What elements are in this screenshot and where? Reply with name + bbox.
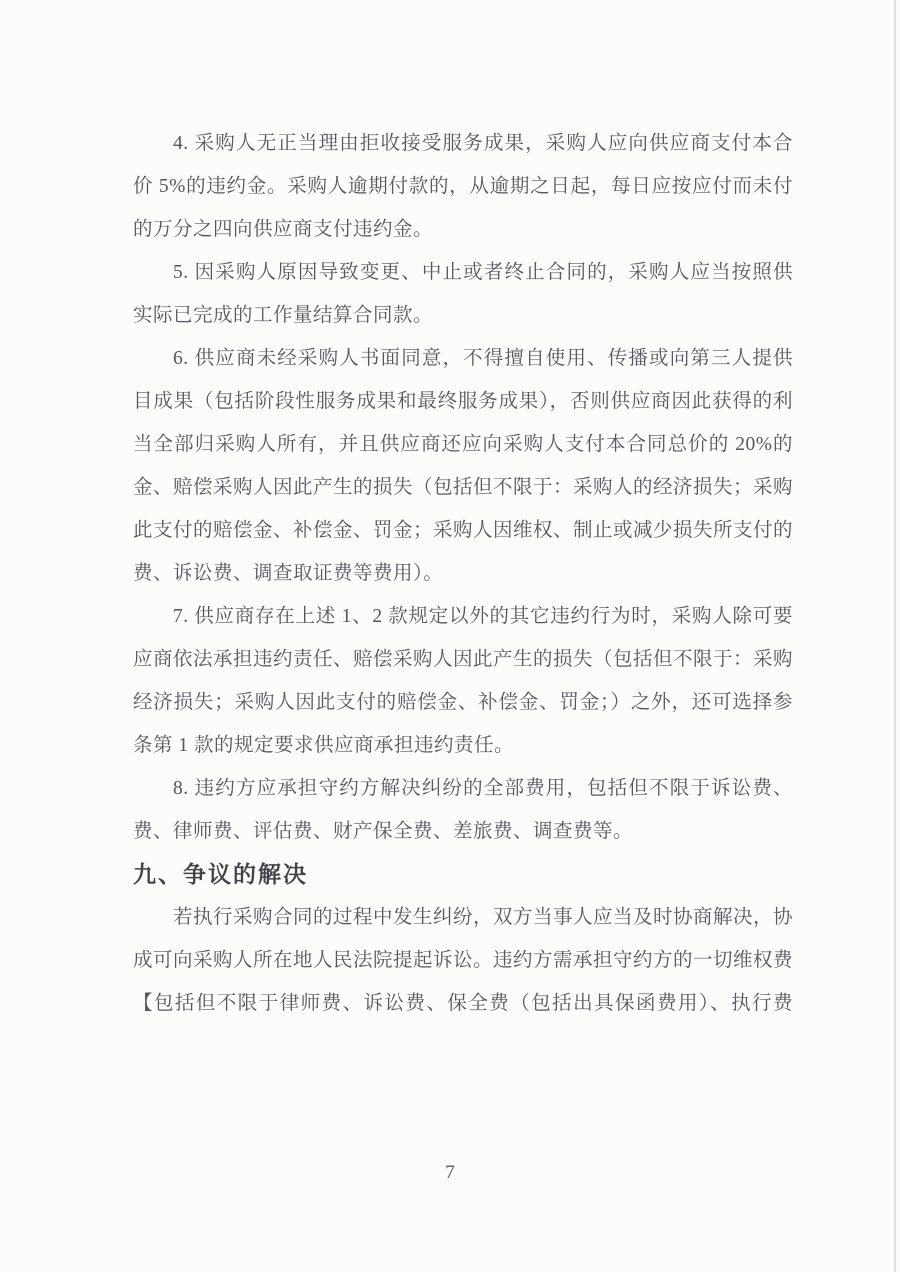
- text-line: 金、赔偿采购人因此产生的损失（包括但不限于：采购人的经济损失；采购人因: [133, 466, 793, 509]
- clause-6: 6. 供应商未经采购人书面同意，不得擅自使用、传播或向第三人提供本项目成果（包括…: [133, 337, 793, 595]
- clause-8: 8. 违约方应承担守约方解决纠纷的全部费用，包括但不限于诉讼费、仲裁费、律师费、…: [133, 767, 793, 853]
- text-line: 经济损失；采购人因此支付的赔偿金、补偿金、罚金；）之外，还可选择参照本: [133, 681, 793, 724]
- text-line: 实际已完成的工作量结算合同款。: [133, 294, 793, 337]
- scanned-contract-page: 4. 采购人无正当理由拒收接受服务成果，采购人应向供应商支付本合同总价 5%的违…: [0, 0, 900, 1272]
- text-line: 条第 1 款的规定要求供应商承担违约责任。: [133, 724, 793, 767]
- text-line: 5. 因采购人原因导致变更、中止或者终止合同的，采购人应当按照供应商: [133, 251, 793, 294]
- text-line: 价 5%的违约金。采购人逾期付款的，从逾期之日起，每日应按应付而未付款项: [133, 165, 793, 208]
- dispute-resolution-paragraph: 若执行采购合同的过程中发生纠纷，双方当事人应当及时协商解决，协商不成可向采购人所…: [133, 896, 793, 1025]
- text-line: 若执行采购合同的过程中发生纠纷，双方当事人应当及时协商解决，协商不: [133, 896, 793, 939]
- text-line: 目成果（包括阶段性服务成果和最终服务成果），否则供应商因此获得的利益应: [133, 380, 793, 423]
- text-line: 费、诉讼费、调查取证费等费用）。: [133, 552, 793, 595]
- text-line: 4. 采购人无正当理由拒收接受服务成果，采购人应向供应商支付本合同总: [133, 122, 793, 165]
- text-line: 7. 供应商存在上述 1、2 款规定以外的其它违约行为时，采购人除可要求供: [133, 595, 793, 638]
- text-line: 【包括但不限于律师费、诉讼费、保全费（包括出具保函费用）、执行费等】。: [133, 982, 793, 1025]
- section-9-heading: 九、争议的解决: [133, 853, 793, 896]
- text-line: 当全部归采购人所有，并且供应商还应向采购人支付本合同总价的 20%的违约: [133, 423, 793, 466]
- clause-4: 4. 采购人无正当理由拒收接受服务成果，采购人应向供应商支付本合同总价 5%的违…: [133, 122, 793, 251]
- clause-5: 5. 因采购人原因导致变更、中止或者终止合同的，采购人应当按照供应商实际已完成的…: [133, 251, 793, 337]
- clause-7: 7. 供应商存在上述 1、2 款规定以外的其它违约行为时，采购人除可要求供应商依…: [133, 595, 793, 767]
- contract-text-body: 4. 采购人无正当理由拒收接受服务成果，采购人应向供应商支付本合同总价 5%的违…: [133, 122, 793, 1025]
- text-line: 费、律师费、评估费、财产保全费、差旅费、调查费等。: [133, 810, 793, 853]
- text-line: 成可向采购人所在地人民法院提起诉讼。违约方需承担守约方的一切维权费用: [133, 939, 793, 982]
- text-line: 8. 违约方应承担守约方解决纠纷的全部费用，包括但不限于诉讼费、仲裁: [133, 767, 793, 810]
- text-line: 的万分之四向供应商支付违约金。: [133, 208, 793, 251]
- text-line: 应商依法承担违约责任、赔偿采购人因此产生的损失（包括但不限于：采购人的: [133, 638, 793, 681]
- page-number: 7: [0, 1158, 900, 1188]
- text-line: 此支付的赔偿金、补偿金、罚金；采购人因维权、制止或减少损失所支付的律师: [133, 509, 793, 552]
- text-line: 6. 供应商未经采购人书面同意，不得擅自使用、传播或向第三人提供本项: [133, 337, 793, 380]
- scan-edge-line: [894, 0, 896, 1272]
